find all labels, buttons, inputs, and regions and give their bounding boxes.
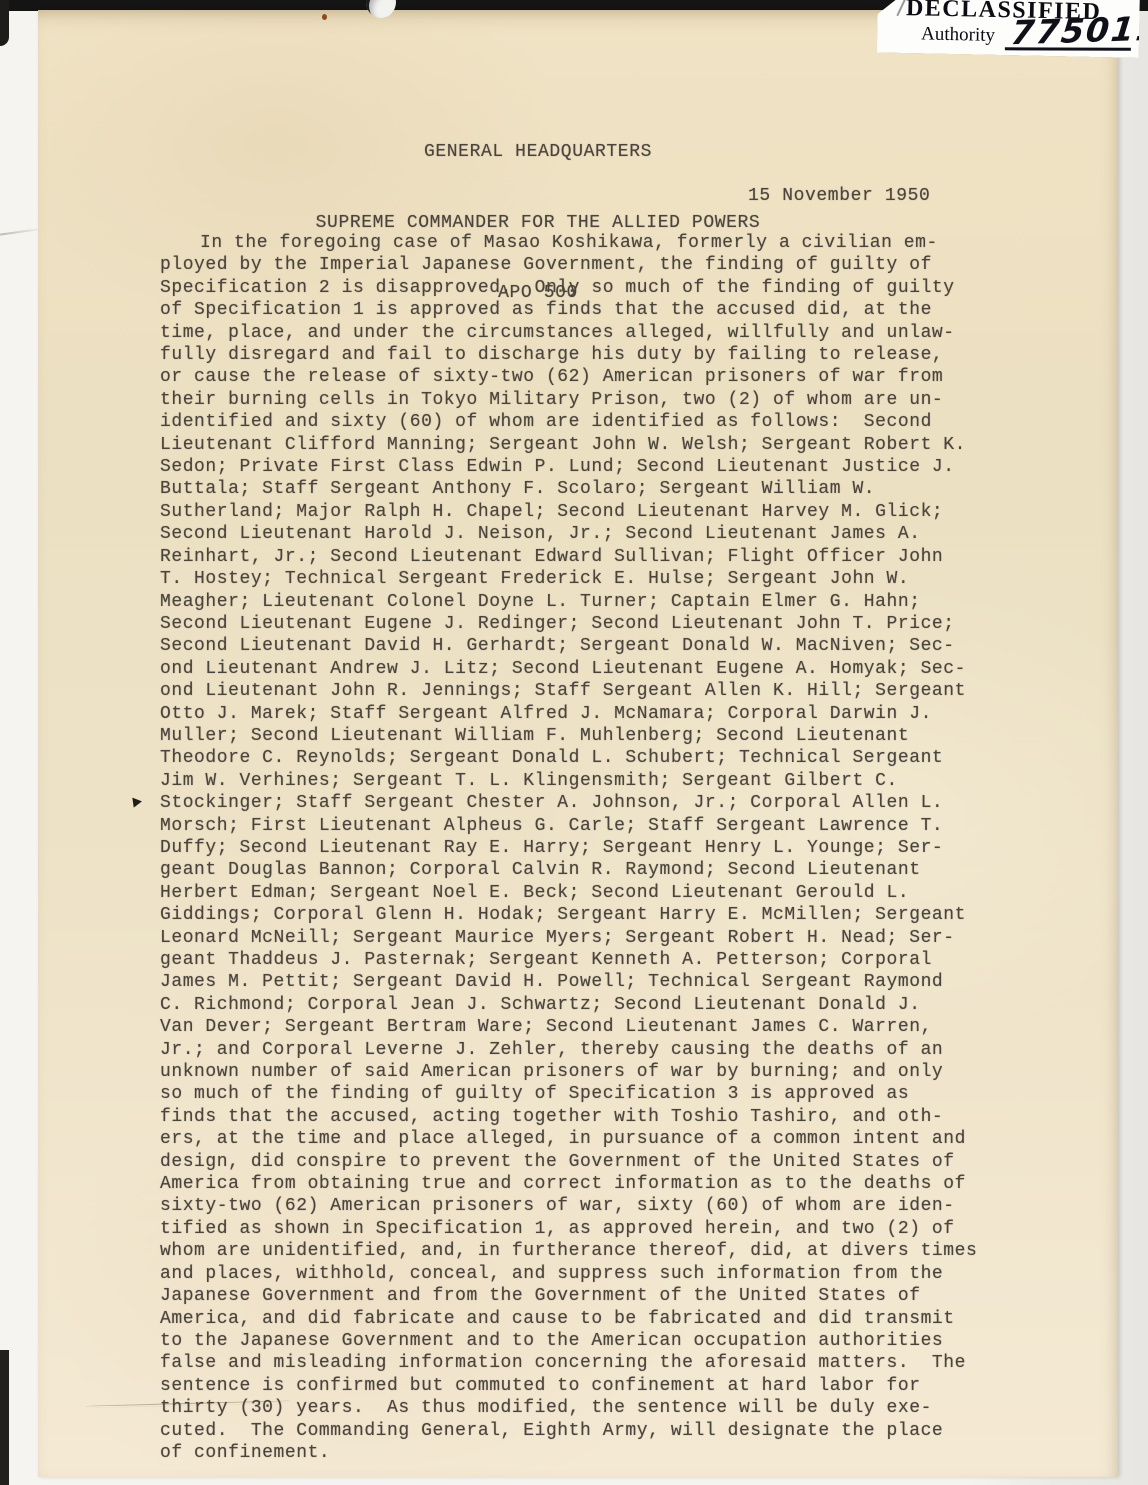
body-line: thirty (30) years. As thus modified, the… [160,1397,1000,1419]
body-line: Specification 2 is disapproved. Only so … [160,277,1000,299]
scanned-page: DECLASSIFIED Authority 775011 GENERAL HE… [0,0,1148,1485]
body-line: false and misleading information concern… [160,1352,1000,1374]
body-line: Giddings; Corporal Glenn H. Hodak; Serge… [160,904,1000,926]
body-line: Duffy; Second Lieutenant Ray E. Harry; S… [160,837,1000,859]
body-line: Muller; Second Lieutenant William F. Muh… [160,725,1000,747]
body-line: T. Hostey; Technical Sergeant Frederick … [160,568,1000,590]
body-line: Jim W. Verhines; Sergeant T. L. Klingens… [160,770,1000,792]
letterhead-line-1: GENERAL HEADQUARTERS [38,141,1038,165]
body-line: America from obtaining true and correct … [160,1173,1000,1195]
body-line: Second Lieutenant Eugene J. Redinger; Se… [160,613,1000,635]
stamp-authority-label: Authority [921,23,995,47]
body-line: Leonard McNeill; Sergeant Maurice Myers;… [160,927,1000,949]
body-line: geant Thaddeus J. Pasternak; Sergeant Ke… [160,949,1000,971]
body-line: tified as shown in Specification 1, as a… [160,1218,1000,1240]
body-line: finds that the accused, acting together … [160,1106,1000,1128]
body-line: C. Richmond; Corporal Jean J. Schwartz; … [160,994,1000,1016]
body-line: Otto J. Marek; Staff Sergeant Alfred J. … [160,703,1000,725]
body-line: Buttala; Staff Sergeant Anthony F. Scola… [160,478,1000,500]
body-line: sixty-two (62) American prisoners of war… [160,1195,1000,1217]
body-line: Sedon; Private First Class Edwin P. Lund… [160,456,1000,478]
body-line: whom are unidentified, and, in furtheran… [160,1240,1000,1262]
body-line: time, place, and under the circumstances… [160,322,1000,344]
body-line: of confinement. [160,1442,1000,1464]
body-line: Stockinger; Staff Sergeant Chester A. Jo… [160,792,1000,814]
body-line: sentence is confirmed but commuted to co… [160,1375,1000,1397]
body-line: or cause the release of sixty-two (62) A… [160,366,1000,388]
body-line: Second Lieutenant David H. Gerhardt; Ser… [160,635,1000,657]
punch-hole-notch [364,0,398,20]
body-line: their burning cells in Tokyo Military Pr… [160,389,1000,411]
body-line: In the foregoing case of Masao Koshikawa… [160,232,1000,254]
body-line: Japanese Government and from the Governm… [160,1285,1000,1307]
body-line: Lieutenant Clifford Manning; Sergeant Jo… [160,434,1000,456]
body-line: geant Douglas Bannon; Corporal Calvin R.… [160,859,1000,881]
scanner-edge-bottom-left [0,1350,9,1485]
body-line: Meagher; Lieutenant Colonel Doyne L. Tur… [160,591,1000,613]
body-line: Van Dever; Sergeant Bertram Ware; Second… [160,1016,1000,1038]
body-line: design, did conspire to prevent the Gove… [160,1151,1000,1173]
body-line: unknown number of said American prisoner… [160,1061,1000,1083]
body-line: cuted. The Commanding General, Eighth Ar… [160,1420,1000,1442]
body-text: In the foregoing case of Masao Koshikawa… [160,232,1000,1464]
body-line: so much of the finding of guilty of Spec… [160,1083,1000,1105]
declassified-stamp: DECLASSIFIED Authority 775011 [877,0,1140,58]
body-line: and places, withhold, conceal, and suppr… [160,1263,1000,1285]
body-line: to the Japanese Government and to the Am… [160,1330,1000,1352]
body-line: Reinhart, Jr.; Second Lieutenant Edward … [160,546,1000,568]
body-line: ond Lieutenant Andrew J. Litz; Second Li… [160,658,1000,680]
body-line: Morsch; First Lieutenant Alpheus G. Carl… [160,815,1000,837]
body-line: identified and sixty (60) of whom are id… [160,411,1000,433]
body-line: fully disregard and fail to discharge hi… [160,344,1000,366]
body-line: James M. Pettit; Sergeant David H. Powel… [160,971,1000,993]
body-line: Theodore C. Reynolds; Sergeant Donald L.… [160,747,1000,769]
stamp-authority-number: 775011 [1009,8,1148,52]
date-line: 15 November 1950 [748,186,930,206]
body-line: Second Lieutenant Harold J. Neison, Jr.;… [160,523,1000,545]
crease-mark-left [0,228,38,235]
body-line: of Specification 1 is approved as finds … [160,299,1000,321]
body-line: America, and did fabricate and cause to … [160,1308,1000,1330]
body-line: Herbert Edman; Sergeant Noel E. Beck; Se… [160,882,1000,904]
body-line: ployed by the Imperial Japanese Governme… [160,254,1000,276]
ink-speck [322,14,327,20]
body-line: Jr.; and Corporal Leverne J. Zehler, the… [160,1039,1000,1061]
body-line: ond Lieutenant John R. Jennings; Staff S… [160,680,1000,702]
stamp-underline [1005,47,1131,50]
margin-arrow-mark [132,796,142,807]
body-line: ers, at the time and place alleged, in p… [160,1128,1000,1150]
body-line: Sutherland; Major Ralph H. Chapel; Secon… [160,501,1000,523]
scanner-corner-top-left [0,0,9,46]
